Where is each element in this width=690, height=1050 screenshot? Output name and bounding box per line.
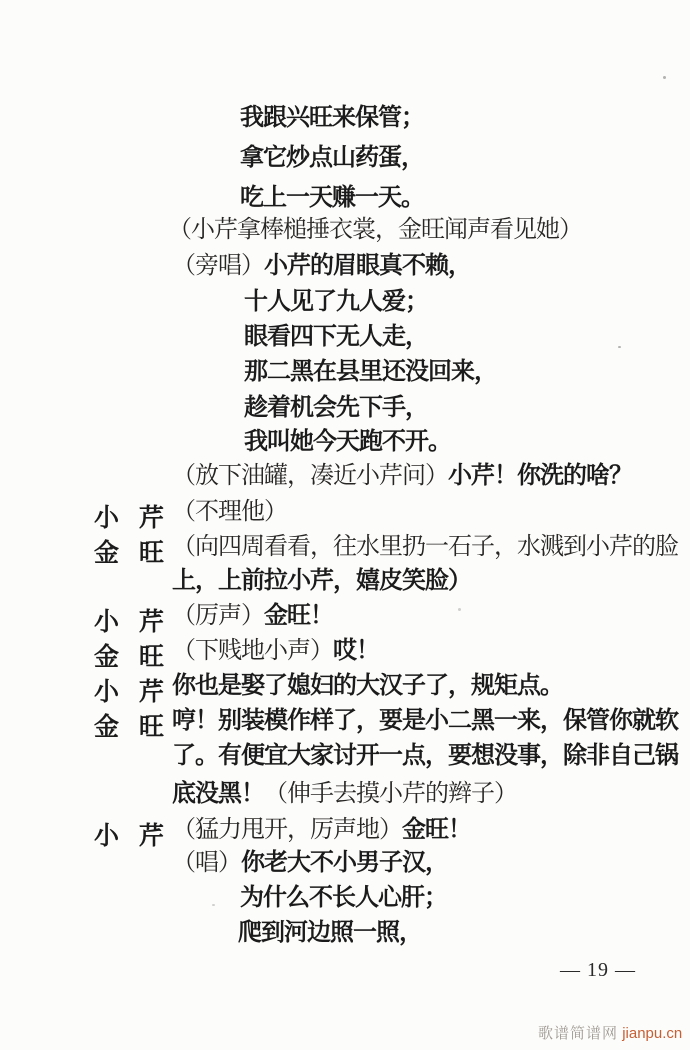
scan-speck	[663, 76, 666, 79]
scanned-script-page: 我跟兴旺来保管； 拿它炒点山药蛋， 吃上一天赚一天。 （小芹拿棒槌捶衣裳，金旺闻…	[0, 0, 690, 1050]
script-line: 金旺 哼！别装模作样了，要是小二黑一来，保管你就软	[0, 707, 690, 737]
stage-direction: （猛力甩开，厉声地）	[172, 817, 402, 843]
script-line: 我跟兴旺来保管；	[0, 104, 690, 134]
script-line: 爬到河边照一照，	[0, 919, 690, 949]
scan-speck	[458, 608, 461, 611]
speaker-name: 金旺	[94, 707, 184, 743]
line-text: （小芹拿棒槌捶衣裳，金旺闻声看见她）	[168, 216, 582, 244]
speaker-name: 小芹	[94, 498, 184, 534]
verse-text: 你老大不小男子汉，	[241, 850, 448, 876]
dialogue-text: 小芹！你洗的啥？	[448, 463, 632, 489]
line-text: 为什么不长人心肝；	[240, 884, 447, 912]
line-text: 底没黑！（伸手去摸小芹的辫子）	[172, 780, 517, 808]
line-text: 吃上一天赚一天。	[240, 184, 424, 212]
line-text: 了。有便宜大家讨开一点，要想没事，除非自己锅	[172, 742, 678, 770]
watermark: 歌谱简谱网 jianpu.cn	[538, 1022, 682, 1043]
speaker-name: 小芹	[94, 672, 184, 708]
verse-text: 十人见了九人爱；	[244, 289, 428, 315]
dialogue-text: 了。有便宜大家讨开一点，要想没事，除非自己锅	[172, 743, 678, 769]
stage-direction: （下贱地小声）	[172, 638, 333, 664]
verse-text: 那二黑在县里还没回来，	[244, 359, 497, 385]
script-line: 小芹 你也是娶了媳妇的大汉子了，规矩点。	[0, 672, 690, 702]
script-line: 了。有便宜大家讨开一点，要想没事，除非自己锅	[0, 742, 690, 772]
dialogue-text: 你也是娶了媳妇的大汉子了，规矩点。	[172, 673, 563, 699]
script-line: （旁唱）小芹的眉眼真不赖，	[0, 252, 690, 282]
speaker-name: 金旺	[94, 533, 184, 569]
stage-direction: （放下油罐，凑近小芹问）	[172, 463, 448, 489]
line-text: 你也是娶了媳妇的大汉子了，规矩点。	[172, 672, 563, 700]
line-text: （厉声）金旺！	[172, 602, 333, 630]
script-line: 小芹 （不理他）	[0, 498, 690, 528]
page-number: — 19 —	[560, 959, 636, 982]
line-text: （唱）你老大不小男子汉，	[172, 849, 448, 877]
script-line: （唱）你老大不小男子汉，	[0, 849, 690, 879]
verse-text: 吃上一天赚一天。	[240, 185, 424, 211]
scan-speck	[212, 904, 215, 906]
script-line: 上，上前拉小芹，嬉皮笑脸）	[0, 567, 690, 597]
watermark-site-url: jianpu.cn	[622, 1025, 682, 1042]
line-text: （猛力甩开，厉声地）金旺！	[172, 816, 471, 844]
stage-direction: （旁唱）	[172, 253, 264, 279]
verse-text: 我叫她今天跑不开。	[244, 429, 451, 455]
line-text: 趁着机会先下手，	[244, 394, 428, 422]
script-line: 我叫她今天跑不开。	[0, 428, 690, 458]
line-text: （不理他）	[172, 498, 287, 526]
line-text: 爬到河边照一照，	[238, 919, 422, 947]
line-text: （放下油罐，凑近小芹问）小芹！你洗的啥？	[172, 462, 632, 490]
line-text: （下贱地小声）哎！	[172, 637, 379, 665]
dialogue-text: 金旺！	[264, 603, 333, 629]
script-line: （放下油罐，凑近小芹问）小芹！你洗的啥？	[0, 462, 690, 492]
line-text: 我跟兴旺来保管；	[240, 104, 424, 132]
script-line: 十人见了九人爱；	[0, 288, 690, 318]
dialogue-text: 底没黑！	[172, 781, 264, 807]
dialogue-text: 金旺！	[402, 817, 471, 843]
verse-text: 为什么不长人心肝；	[240, 885, 447, 911]
stage-direction: （不理他）	[172, 499, 287, 525]
script-line: 吃上一天赚一天。	[0, 184, 690, 214]
line-text: 眼看四下无人走，	[244, 323, 428, 351]
speaker-name: 小芹	[94, 816, 184, 852]
verse-text: 爬到河边照一照，	[238, 920, 422, 946]
stage-direction: （厉声）	[172, 603, 264, 629]
line-text: 哼！别装模作样了，要是小二黑一来，保管你就软	[172, 707, 678, 735]
script-line: 拿它炒点山药蛋，	[0, 144, 690, 174]
line-text: 十人见了九人爱；	[244, 288, 428, 316]
stage-direction: （向四周看看，往水里扔一石子，水溅到小芹的脸	[172, 534, 678, 560]
script-line: 为什么不长人心肝；	[0, 884, 690, 914]
stage-direction: （伸手去摸小芹的辫子）	[264, 781, 517, 807]
line-text: 上，上前拉小芹，嬉皮笑脸）	[172, 567, 471, 595]
script-line: 趁着机会先下手，	[0, 394, 690, 424]
script-line: 金旺 （下贱地小声）哎！	[0, 637, 690, 667]
verse-text: 趁着机会先下手，	[244, 395, 428, 421]
scan-speck	[618, 346, 621, 348]
line-text: 拿它炒点山药蛋，	[240, 144, 424, 172]
speaker-name: 金旺	[94, 637, 184, 673]
line-text: 那二黑在县里还没回来，	[244, 358, 497, 386]
script-line: 金旺 （向四周看看，往水里扔一石子，水溅到小芹的脸	[0, 533, 690, 563]
verse-text: 小芹的眉眼真不赖，	[264, 253, 471, 279]
speaker-name: 小芹	[94, 602, 184, 638]
verse-text: 我跟兴旺来保管；	[240, 105, 424, 131]
script-line: （小芹拿棒槌捶衣裳，金旺闻声看见她）	[0, 216, 690, 246]
dialogue-text: 哎！	[333, 638, 379, 664]
script-line: 小芹 （猛力甩开，厉声地）金旺！	[0, 816, 690, 846]
watermark-site-name: 歌谱简谱网	[538, 1025, 618, 1042]
stage-direction: （唱）	[172, 850, 241, 876]
script-line: 那二黑在县里还没回来，	[0, 358, 690, 388]
script-line: 底没黑！（伸手去摸小芹的辫子）	[0, 780, 690, 810]
line-text: 我叫她今天跑不开。	[244, 428, 451, 456]
stage-direction: （小芹拿棒槌捶衣裳，金旺闻声看见她）	[168, 217, 582, 243]
line-text: （旁唱）小芹的眉眼真不赖，	[172, 252, 471, 280]
line-text: （向四周看看，往水里扔一石子，水溅到小芹的脸	[172, 533, 678, 561]
script-line: 眼看四下无人走，	[0, 323, 690, 353]
verse-text: 眼看四下无人走，	[244, 324, 428, 350]
dialogue-text: 哼！别装模作样了，要是小二黑一来，保管你就软	[172, 708, 678, 734]
stage-direction-continued: 上，上前拉小芹，嬉皮笑脸）	[172, 568, 471, 594]
verse-text: 拿它炒点山药蛋，	[240, 145, 424, 171]
script-line: 小芹 （厉声）金旺！	[0, 602, 690, 632]
